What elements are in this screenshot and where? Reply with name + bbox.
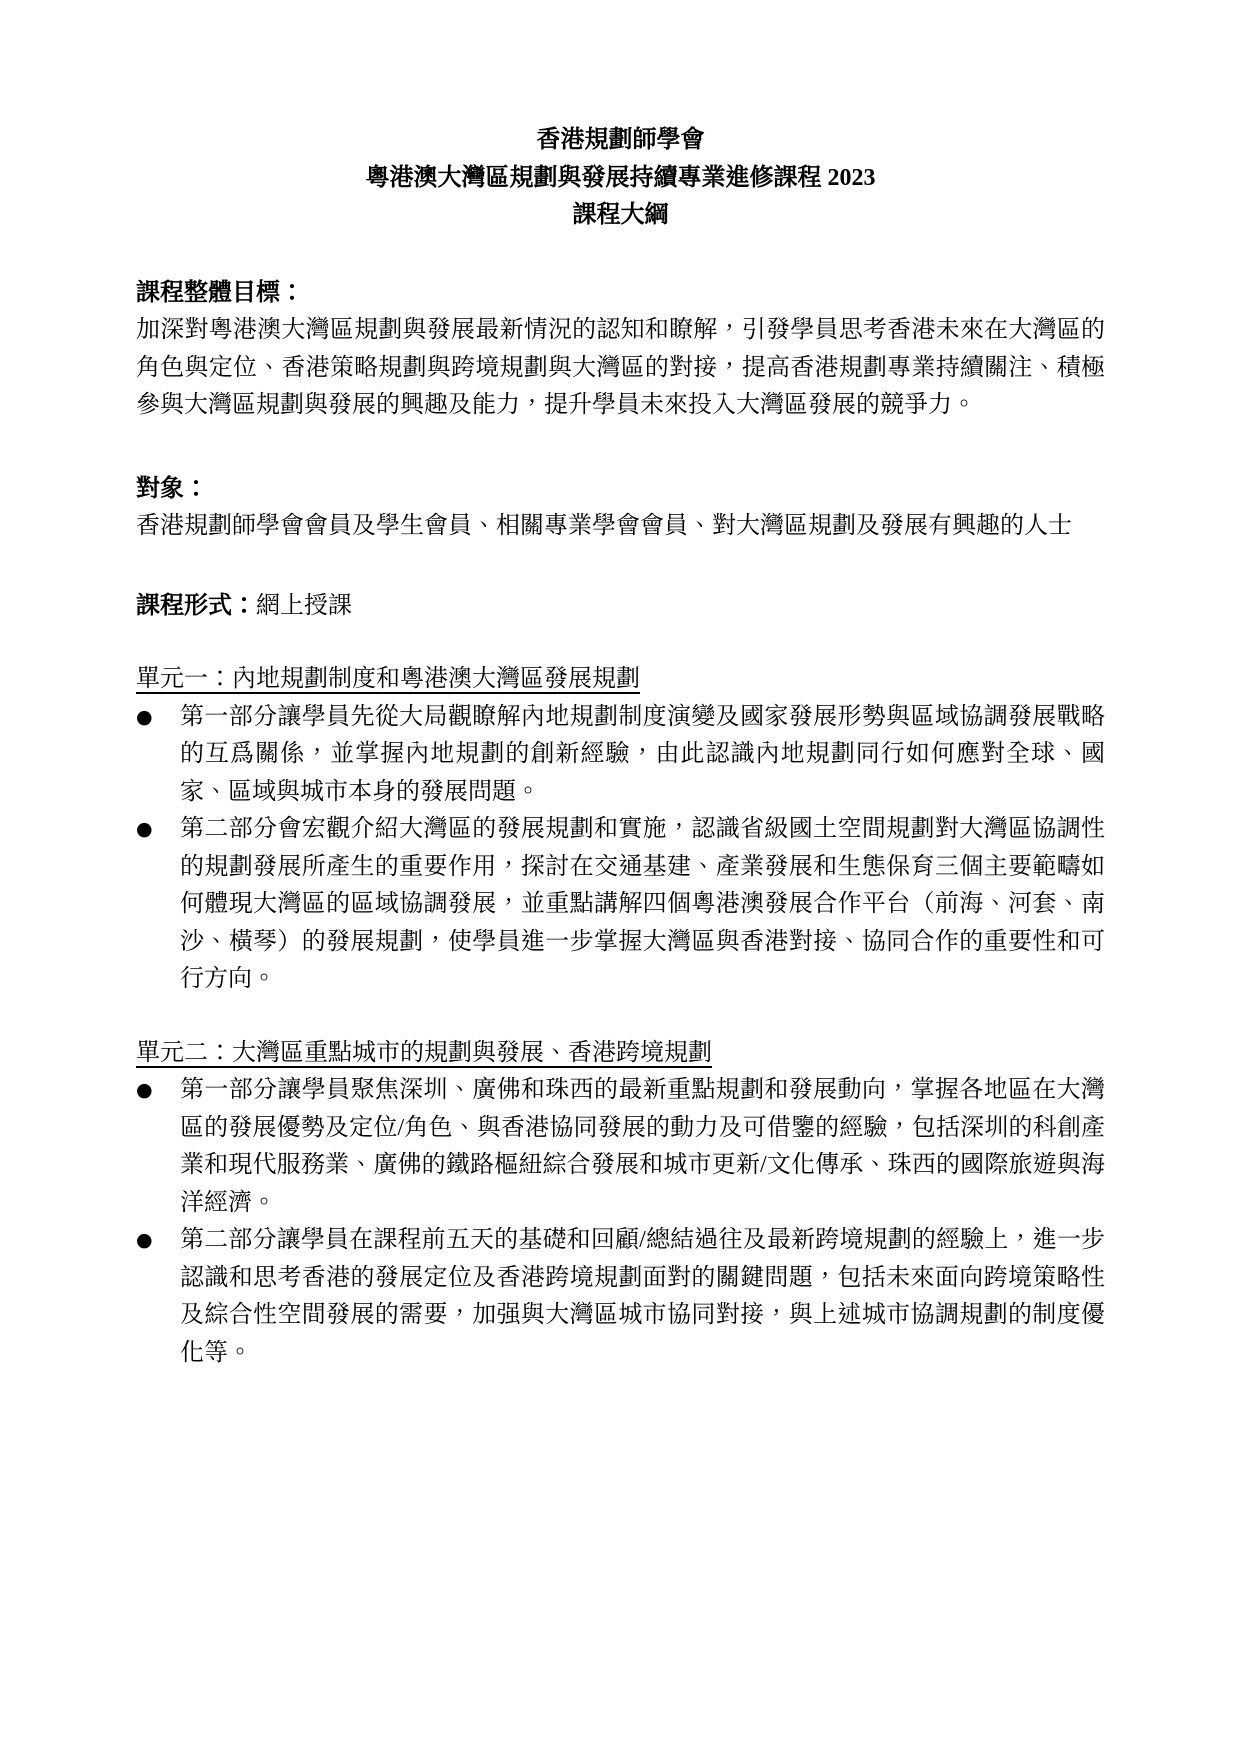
bullet-icon: ● bbox=[136, 811, 180, 849]
document-title-block: 香港規劃師學會 粵港澳大灣區規劃與發展持續專業進修課程 2023 課程大綱 bbox=[136, 122, 1105, 235]
module-1-bullet-2-text: 第二部分會宏觀介紹大灣區的發展規劃和實施，認識省級國土空間規劃對大灣區協調性的規… bbox=[180, 811, 1105, 999]
bullet-icon: ● bbox=[136, 1222, 180, 1260]
module-2-bullet-2-text: 第二部分讓學員在課程前五天的基礎和回顧/總結過往及最新跨境規劃的經驗上，進一步認… bbox=[180, 1222, 1105, 1372]
section-target-audience: 對象： 香港規劃師學會會員及學生會員、相關專業學會會員、對大灣區規劃及發展有興趣… bbox=[136, 471, 1105, 546]
module-1-bullet-1-text: 第一部分讓學員先從大局觀瞭解內地規劃制度演變及國家發展形勢與區域協調發展戰略的互… bbox=[180, 699, 1105, 812]
course-title: 粵港澳大灣區規劃與發展持續專業進修課程 2023 bbox=[136, 160, 1105, 198]
module-2-bullet-1-text: 第一部分讓學員聚焦深圳、廣佛和珠西的最新重點規劃和發展動向，掌握各地區在大灣區的… bbox=[180, 1072, 1105, 1222]
module-2-heading: 單元二：大灣區重點城市的規劃與發展、香港跨境規劃 bbox=[136, 1035, 1105, 1073]
organization-name: 香港規劃師學會 bbox=[136, 122, 1105, 160]
module-2: 單元二：大灣區重點城市的規劃與發展、香港跨境規劃 ● 第一部分讓學員聚焦深圳、廣… bbox=[136, 1035, 1105, 1373]
audience-heading: 對象： bbox=[136, 471, 1105, 509]
module-1-bullet-1: ● 第一部分讓學員先從大局觀瞭解內地規劃制度演變及國家發展形勢與區域協調發展戰略… bbox=[136, 699, 1105, 812]
module-1: 單元一：內地規劃制度和粵港澳大灣區發展規劃 ● 第一部分讓學員先從大局觀瞭解內地… bbox=[136, 661, 1105, 999]
objective-heading: 課程整體目標： bbox=[136, 275, 1105, 313]
document-subtitle: 課程大綱 bbox=[136, 197, 1105, 235]
module-2-bullet-2: ● 第二部分讓學員在課程前五天的基礎和回顧/總結過往及最新跨境規劃的經驗上，進一… bbox=[136, 1222, 1105, 1372]
section-course-format: 課程形式：網上授課 bbox=[136, 588, 1105, 626]
document-page: 香港規劃師學會 粵港澳大灣區規劃與發展持續專業進修課程 2023 課程大綱 課程… bbox=[0, 0, 1241, 1755]
module-1-bullet-2: ● 第二部分會宏觀介紹大灣區的發展規劃和實施，認識省級國土空間規劃對大灣區協調性… bbox=[136, 811, 1105, 999]
objective-body: 加深對粵港澳大灣區規劃與發展最新情況的認知和瞭解，引發學員思考香港未來在大灣區的… bbox=[136, 312, 1105, 425]
module-2-bullet-1: ● 第一部分讓學員聚焦深圳、廣佛和珠西的最新重點規劃和發展動向，掌握各地區在大灣… bbox=[136, 1072, 1105, 1222]
bullet-icon: ● bbox=[136, 1072, 180, 1110]
audience-body: 香港規劃師學會會員及學生會員、相關專業學會會員、對大灣區規劃及發展有興趣的人士 bbox=[136, 508, 1105, 546]
bullet-icon: ● bbox=[136, 699, 180, 737]
format-line: 課程形式：網上授課 bbox=[136, 588, 1105, 626]
section-course-objective: 課程整體目標： 加深對粵港澳大灣區規劃與發展最新情況的認知和瞭解，引發學員思考香… bbox=[136, 275, 1105, 425]
module-1-heading: 單元一：內地規劃制度和粵港澳大灣區發展規劃 bbox=[136, 661, 1105, 699]
format-heading: 課程形式： bbox=[136, 593, 256, 619]
format-value: 網上授課 bbox=[256, 593, 352, 619]
